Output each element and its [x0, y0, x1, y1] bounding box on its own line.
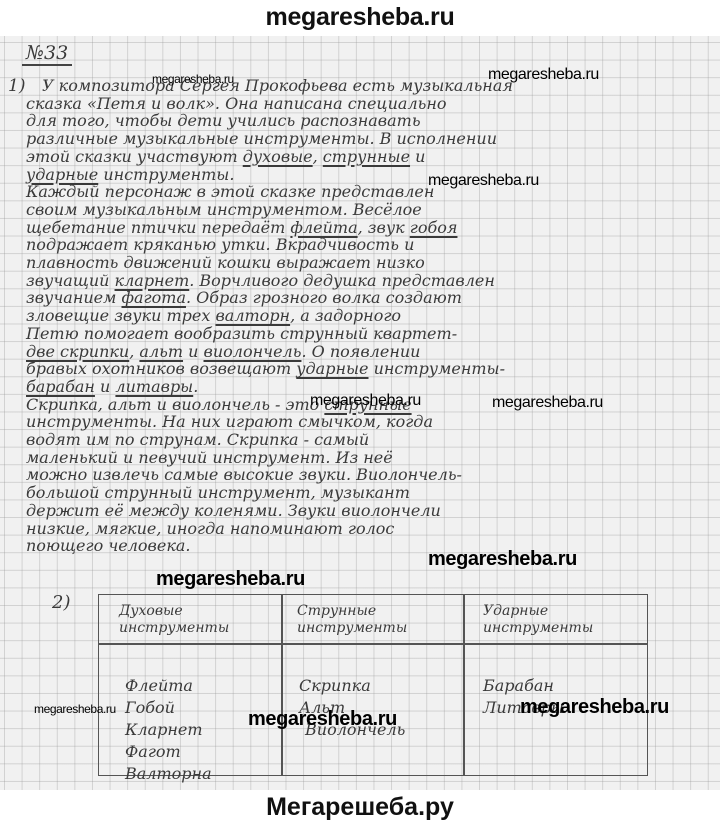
text-segment: , а задорного: [290, 306, 401, 325]
underlined-term: кларнет: [115, 271, 190, 290]
text-segment: Каждый персонаж в этой сказке представле…: [26, 182, 434, 201]
watermark: megaresheba.ru: [248, 708, 397, 731]
underlined-term: гобоя: [410, 218, 458, 237]
text-segment: можно извлечь самые высокие звуки. Виоло…: [26, 465, 462, 484]
text-segment: этой сказки участвуют: [26, 147, 243, 166]
watermark: megaresheba.ru: [428, 172, 539, 190]
watermark: megaresheba.ru: [34, 702, 116, 716]
text-segment: .: [193, 377, 198, 396]
table-divider: [463, 595, 465, 775]
text-segment: маленький и певучий инструмент. Из неё: [26, 448, 393, 467]
text-segment: звучанием: [26, 288, 121, 307]
text-segment: плавность движений кошки выражает низко: [26, 253, 425, 272]
underlined-term: две скрипки: [26, 342, 129, 361]
text-segment: своим музыкальным инструментом. Весёлое: [26, 200, 422, 219]
text-segment: водят им по струнам. Скрипка - самый: [26, 430, 369, 449]
table-header-divider: [99, 643, 647, 645]
watermark: megaresheba.ru: [310, 392, 421, 410]
text-segment: . Образ грозного волка создают: [186, 288, 462, 307]
text-segment: бравых охотников возвещают: [26, 359, 296, 378]
text-segment: и: [95, 377, 115, 396]
text-segment: для того, чтобы дети учились распознават…: [26, 111, 421, 130]
text-segment: ,: [313, 147, 323, 166]
underlined-term: виолончель: [204, 342, 302, 361]
text-segment: низкие, мягкие, иногда напоминают голос: [26, 519, 394, 538]
task-number: №33: [22, 42, 72, 66]
watermark: megaresheba.ru: [156, 568, 305, 591]
text-segment: сказка «Петя и волк». Она написана специ…: [26, 94, 447, 113]
table-header-percussion: Ударные инструменты: [483, 603, 593, 637]
underlined-term: флейта: [290, 218, 357, 237]
text-segment: зловещие звуки трех: [26, 306, 215, 325]
text-segment: различные музыкальные инструменты. В исп…: [26, 129, 497, 148]
underlined-term: струнные: [323, 147, 410, 166]
watermark: megaresheba.ru: [152, 72, 234, 86]
table-column-wind: Флейта Гобой Кларнет Фагот Валторна: [125, 675, 212, 785]
site-header-watermark: megaresheba.ru: [0, 0, 720, 36]
instruments-table: Духовые инструменты Струнные инструменты…: [98, 594, 648, 776]
part-1-label: 1): [8, 76, 25, 96]
text-segment: инструменты.: [98, 165, 234, 184]
text-segment: , звук: [358, 218, 410, 237]
notebook-page: №33 1)У композитора Сергея Прокофьева ес…: [0, 36, 720, 790]
text-segment: поющего человека.: [26, 536, 191, 555]
table-divider: [281, 595, 283, 775]
text-segment: подражает кряканью утки. Вкрадчивость и: [26, 235, 414, 254]
text-segment: инструменты-: [369, 359, 505, 378]
text-segment: Скрипка, альт и виолончель - это: [26, 395, 324, 414]
text-segment: и: [183, 342, 203, 361]
watermark: megaresheba.ru: [492, 394, 603, 412]
watermark: megaresheba.ru: [428, 548, 577, 571]
underlined-term: фагота: [121, 288, 186, 307]
underlined-term: ударные: [296, 359, 368, 378]
text-segment: щебетание птички передаёт: [26, 218, 290, 237]
text-segment: ,: [129, 342, 139, 361]
text-segment: держит её между коленями. Звуки виолонче…: [26, 501, 441, 520]
text-segment: . О появлении: [301, 342, 420, 361]
watermark: megaresheba.ru: [520, 696, 669, 719]
text-segment: и: [410, 147, 425, 166]
watermark: megaresheba.ru: [488, 66, 599, 84]
table-header-wind: Духовые инструменты: [119, 603, 229, 637]
site-footer-watermark: Мегарешеба.ру: [0, 790, 720, 827]
text-segment: Петю помогает вообразить струнный кварте…: [26, 324, 457, 343]
underlined-term: ударные: [26, 165, 98, 184]
table-header-strings: Струнные инструменты: [297, 603, 407, 637]
text-segment: большой струнный инструмент, музыкант: [26, 483, 410, 502]
underlined-term: альт: [139, 342, 183, 361]
text-segment: . Ворчливого дедушка представлен: [189, 271, 495, 290]
underlined-term: литавры: [115, 377, 193, 396]
underlined-term: валторн: [215, 306, 290, 325]
text-segment: инструменты. На них играют смычком, когд…: [26, 412, 433, 431]
underlined-term: духовые: [243, 147, 313, 166]
part-2-label: 2): [52, 592, 70, 613]
text-line: поющего человека.: [26, 536, 191, 556]
underlined-term: барабан: [26, 377, 95, 396]
text-segment: У композитора Сергея Прокофьева есть муз…: [42, 76, 513, 95]
text-segment: звучащий: [26, 271, 115, 290]
